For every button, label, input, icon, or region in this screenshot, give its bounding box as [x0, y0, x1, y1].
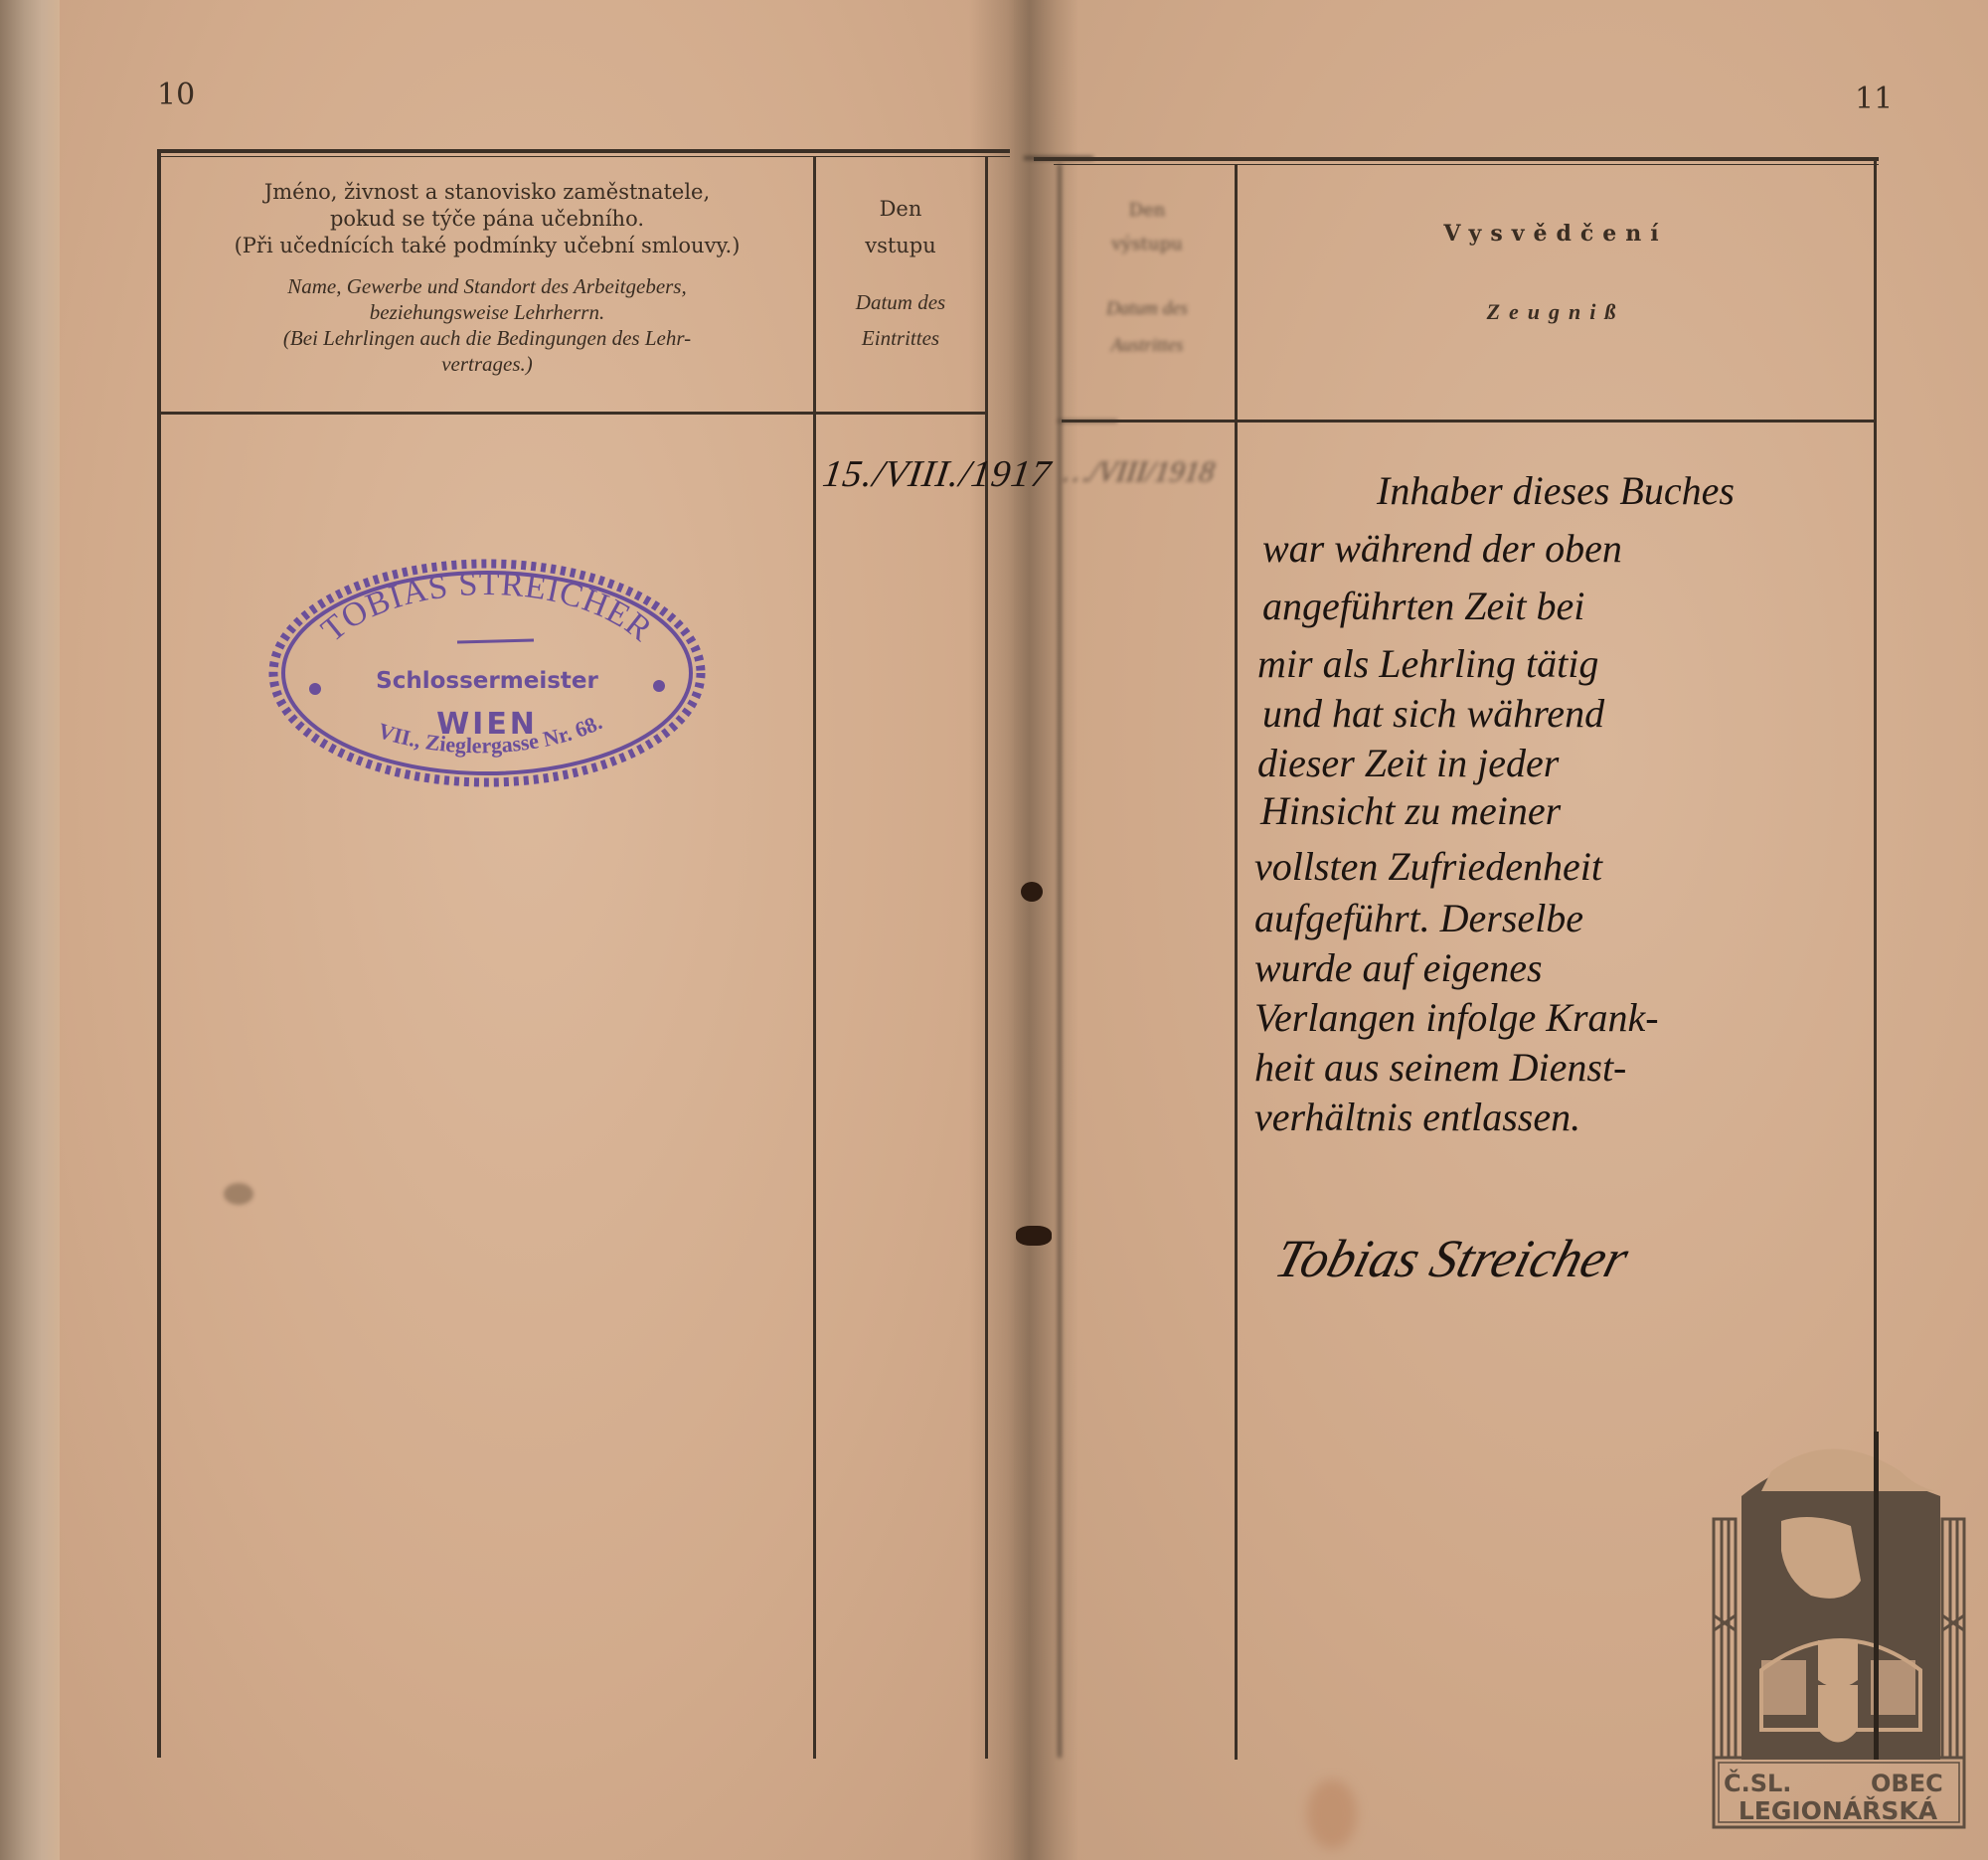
header-cz-line: Jméno, živnost a stanovisko zaměstnatele…	[164, 179, 810, 206]
exit-date-handwritten: …/VIII/1918	[1062, 455, 1217, 489]
certificate-line: und hat sich während	[1262, 690, 1604, 737]
header-de-line: Datum des	[817, 284, 984, 320]
header-cz-line: (Při učednících také podmínky učební sml…	[164, 233, 810, 259]
binding-hole	[1021, 882, 1043, 902]
header-cz-line: pokud se týče pána učebního.	[164, 206, 810, 233]
certificate-line: aufgeführt. Derselbe	[1254, 895, 1583, 941]
table-border-over-logo	[1874, 1432, 1879, 1760]
logo-text-left: Č.SL.	[1724, 1768, 1791, 1797]
signature: Tobias Streicher	[1269, 1228, 1635, 1289]
book-spread: 10 11 Jméno, živnost a stanovisko zaměst…	[0, 0, 1988, 1860]
header-de-line: (Bei Lehrlingen auch die Bedingungen des…	[164, 325, 810, 351]
header-de-line: Eintrittes	[817, 320, 984, 356]
certificate-line: angeführten Zeit bei	[1262, 583, 1584, 629]
header-de-line: Zeugniß	[1238, 299, 1874, 325]
header-cz-line: Den	[817, 189, 984, 229]
certificate-column-header: Vysvědčení Zeugniß	[1238, 221, 1874, 325]
right-page-number: 11	[1855, 82, 1893, 116]
certificate-line: mir als Lehrling tätig	[1257, 640, 1598, 687]
stamp-line1: Schlossermeister	[376, 668, 598, 694]
header-cz-line: Vysvědčení	[1238, 221, 1874, 248]
header-cz-line: Den	[1062, 194, 1233, 228]
certificate-line: heit aus seinem Dienst-	[1254, 1044, 1626, 1091]
certificate-line: Inhaber dieses Buches	[1377, 467, 1735, 514]
certificate-line: Verlangen infolge Krank-	[1254, 994, 1659, 1041]
header-de-line: Name, Gewerbe und Standort des Arbeitgeb…	[164, 273, 810, 299]
logo-text-right: OBEC	[1871, 1770, 1943, 1797]
header-de-line: beziehungsweise Lehrherrn.	[164, 299, 810, 325]
certificate-line: verhältnis entlassen.	[1254, 1094, 1580, 1140]
certificate-line: war während der oben	[1262, 525, 1622, 572]
legion-watermark-logo: Č.SL. OBEC LEGIONÁŘSKÁ	[1702, 1432, 1975, 1839]
paper-stain	[1307, 1779, 1357, 1849]
header-de-line: Datum des	[1062, 289, 1233, 329]
employer-stamp: TOBIAS STREICHER Schlossermeister WIEN V…	[263, 557, 711, 790]
left-page-number: 10	[157, 78, 195, 112]
certificate-line: vollsten Zufriedenheit	[1254, 843, 1602, 890]
certificate-line: wurde auf eigenes	[1254, 944, 1543, 991]
employer-column-header: Jméno, živnost a stanovisko zaměstnatele…	[164, 179, 810, 377]
header-cz-line: výstupu	[1062, 228, 1233, 261]
entry-date-handwritten: 15./VIII./1917	[820, 452, 1054, 496]
certificate-line: Hinsicht zu meiner	[1260, 787, 1561, 834]
header-cz-line: vstupu	[817, 229, 984, 262]
exit-date-column-header: Den výstupu Datum des Austrittes	[1062, 194, 1233, 363]
header-de-line: Austrittes	[1062, 329, 1233, 363]
binding-hole	[1016, 1226, 1052, 1246]
oval-stamp-icon: TOBIAS STREICHER Schlossermeister WIEN V…	[263, 557, 711, 790]
logo-text-bottom: LEGIONÁŘSKÁ	[1739, 1796, 1938, 1825]
entry-date-column-header: Den vstupu Datum des Eintrittes	[817, 189, 984, 356]
certificate-line: dieser Zeit in jeder	[1257, 740, 1559, 786]
left-page-edge	[0, 0, 60, 1860]
legionnaire-emblem-icon: Č.SL. OBEC LEGIONÁŘSKÁ	[1702, 1432, 1975, 1839]
header-de-line: vertrages.)	[164, 351, 810, 377]
paper-stain	[224, 1183, 253, 1205]
